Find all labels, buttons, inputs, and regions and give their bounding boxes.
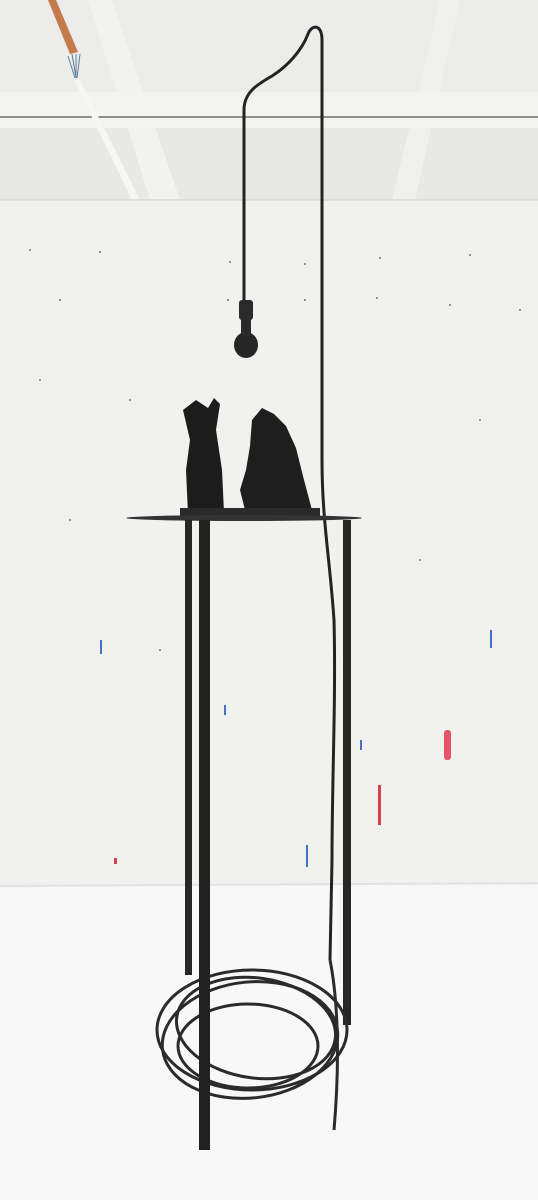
bulb-socket xyxy=(239,300,253,320)
photo-canvas xyxy=(0,0,538,1200)
table-leg-back-right xyxy=(343,520,351,1025)
tabletop xyxy=(126,515,362,521)
sculpture-base xyxy=(180,508,320,516)
wall xyxy=(0,200,538,885)
installation-photo: Photograph of a sculpture installation: … xyxy=(0,0,538,1200)
table-leg-front xyxy=(199,520,210,1150)
sculpture-left xyxy=(183,398,224,514)
floor xyxy=(0,885,538,1200)
table-leg-back-left xyxy=(185,520,192,975)
ceiling-crossbeam xyxy=(0,92,538,128)
